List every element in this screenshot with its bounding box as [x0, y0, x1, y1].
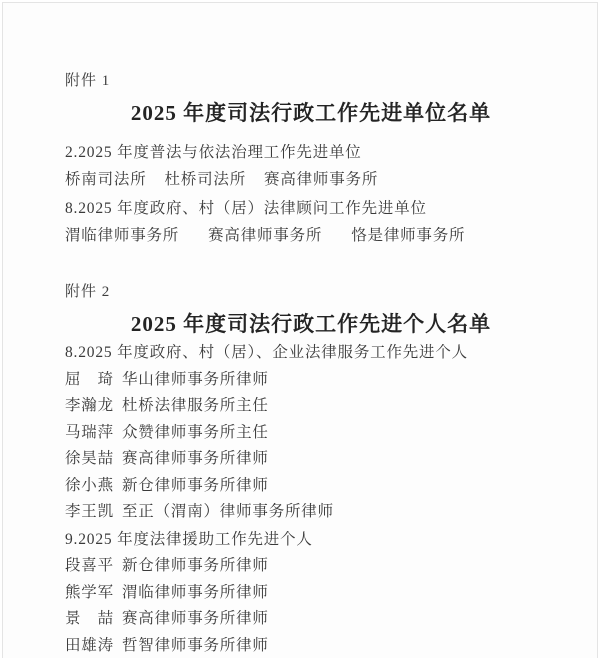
- attachment2: 附件 2 2025 年度司法行政工作先进个人名单 8.2025 年度政府、村（居…: [65, 284, 557, 658]
- person-affiliation: 哲智律师事务所律师: [122, 633, 269, 658]
- attachment1-title: 2025 年度司法行政工作先进单位名单: [65, 98, 557, 128]
- person-name: 屈 琦: [65, 367, 115, 394]
- person-affiliation: 赛高律师事务所律师: [122, 446, 269, 473]
- person-affiliation: 赛高律师事务所律师: [122, 606, 269, 633]
- person-affiliation: 新仓律师事务所律师: [122, 473, 269, 500]
- unit-name: 杜桥司法所: [165, 166, 247, 193]
- unit-name: 赛高律师事务所: [264, 166, 378, 193]
- attachment2-label: 附件 2: [65, 284, 557, 301]
- person-affiliation: 至正（渭南）律师事务所律师: [122, 499, 334, 526]
- attachment2-section2-roster: 段喜平 新仓律师事务所律师 熊学军 渭临律师事务所律师 景 喆 赛高律师事务所律…: [65, 553, 557, 658]
- attachment2-title: 2025 年度司法行政工作先进个人名单: [65, 309, 557, 339]
- roster-row: 景 喆 赛高律师事务所律师: [65, 606, 557, 633]
- roster-row: 徐昊喆 赛高律师事务所律师: [65, 446, 557, 473]
- roster-row: 李王凯 至正（渭南）律师事务所律师: [65, 499, 557, 526]
- person-affiliation: 渭临律师事务所律师: [122, 580, 269, 607]
- person-affiliation: 华山律师事务所律师: [122, 367, 269, 394]
- roster-row: 屈 琦 华山律师事务所律师: [65, 367, 557, 394]
- person-name: 段喜平: [65, 553, 115, 580]
- attachment1-section2-units: 渭临律师事务所 赛高律师事务所 恪是律师事务所: [65, 222, 557, 249]
- unit-name: 赛高律师事务所: [208, 222, 322, 249]
- roster-row: 熊学军 渭临律师事务所律师: [65, 580, 557, 607]
- attachment2-section1-roster: 屈 琦 华山律师事务所律师 李瀚龙 杜桥法律服务所主任 马瑞萍 众赞律师事务所主…: [65, 367, 557, 526]
- attachment2-section1-heading: 8.2025 年度政府、村（居）、企业法律服务工作先进个人: [65, 340, 557, 367]
- person-name: 景 喆: [65, 606, 115, 633]
- unit-name: 渭临律师事务所: [65, 222, 179, 249]
- person-name: 熊学军: [65, 580, 115, 607]
- attachment1-section2-heading: 8.2025 年度政府、村（居）法律顾问工作先进单位: [65, 195, 557, 222]
- attachment1-section1-heading: 2.2025 年度普法与依法治理工作先进单位: [65, 139, 557, 166]
- attachment1: 附件 1 2025 年度司法行政工作先进单位名单 2.2025 年度普法与依法治…: [65, 73, 557, 249]
- person-affiliation: 新仓律师事务所律师: [122, 553, 269, 580]
- person-name: 徐小燕: [65, 473, 115, 500]
- document-page: 附件 1 2025 年度司法行政工作先进单位名单 2.2025 年度普法与依法治…: [2, 2, 598, 658]
- roster-row: 田雄涛 哲智律师事务所律师: [65, 633, 557, 658]
- attachment1-label: 附件 1: [65, 73, 557, 90]
- roster-row: 徐小燕 新仓律师事务所律师: [65, 473, 557, 500]
- person-name: 徐昊喆: [65, 446, 115, 473]
- roster-row: 段喜平 新仓律师事务所律师: [65, 553, 557, 580]
- person-name: 田雄涛: [65, 633, 115, 658]
- roster-row: 李瀚龙 杜桥法律服务所主任: [65, 393, 557, 420]
- roster-row: 马瑞萍 众赞律师事务所主任: [65, 420, 557, 447]
- unit-name: 桥南司法所: [65, 166, 147, 193]
- attachment1-section1-units: 桥南司法所 杜桥司法所 赛高律师事务所: [65, 166, 557, 193]
- person-name: 李瀚龙: [65, 393, 115, 420]
- person-name: 马瑞萍: [65, 420, 115, 447]
- person-affiliation: 众赞律师事务所主任: [122, 420, 269, 447]
- person-affiliation: 杜桥法律服务所主任: [122, 393, 269, 420]
- person-name: 李王凯: [65, 499, 115, 526]
- unit-name: 恪是律师事务所: [351, 222, 465, 249]
- attachment2-section2-heading: 9.2025 年度法律援助工作先进个人: [65, 527, 557, 554]
